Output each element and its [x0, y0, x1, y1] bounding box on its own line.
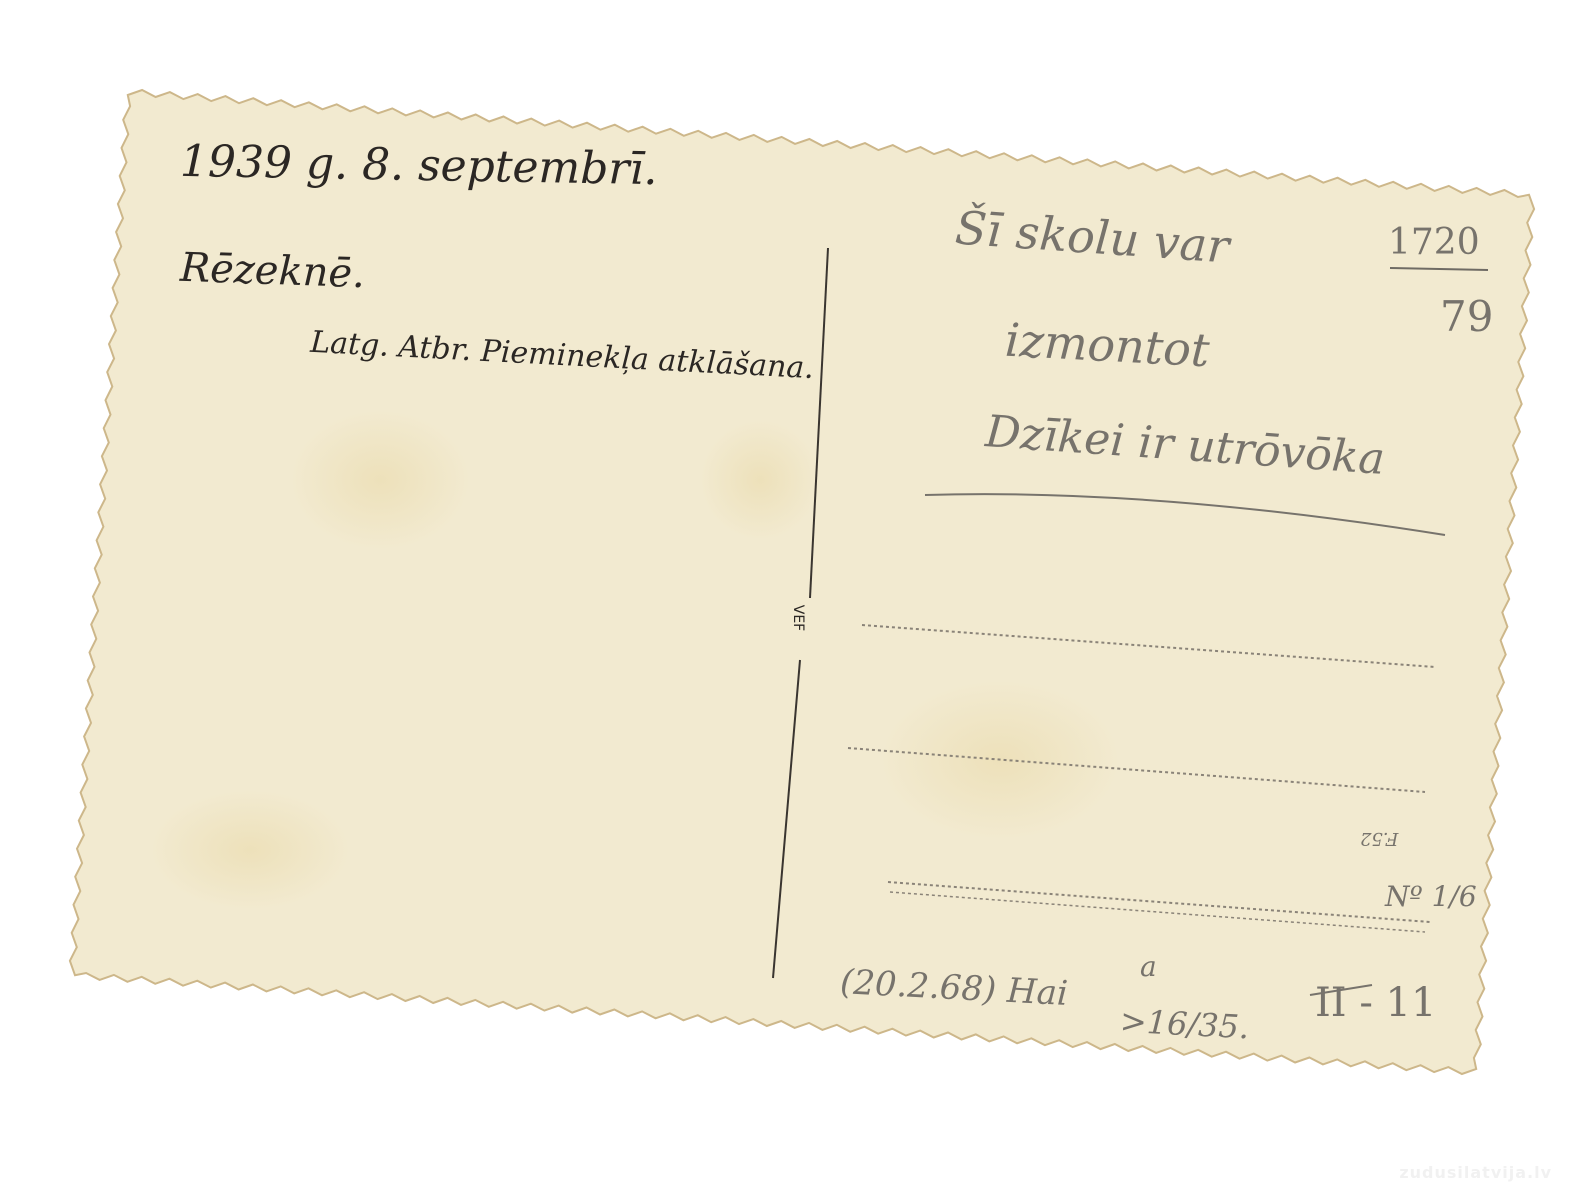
bottom-number: >16/35.: [1119, 1002, 1250, 1047]
bottom-superscript: a: [1140, 950, 1157, 983]
inventory-number-bottom: 79: [1440, 292, 1493, 341]
small-mark: F.52: [1360, 828, 1398, 849]
date-line: 1939 g. 8. septembrī.: [180, 136, 658, 195]
inventory-number-top: 1720: [1388, 222, 1480, 263]
watermark: zudusilatvija.lv: [1399, 1163, 1552, 1182]
paper-body: [70, 90, 1534, 1074]
number-mark: Nº 1/6: [1385, 880, 1477, 913]
pencil-note-line-2: izmontot: [1004, 313, 1211, 378]
bottom-right-mark: II - 11: [1315, 980, 1436, 1026]
postcard-scan: 1939 g. 8. septembrī. Rēzeknē. Latg. Atb…: [0, 0, 1582, 1200]
place-line: Rēzeknē.: [179, 245, 365, 297]
divider-label: VEF: [790, 605, 806, 631]
